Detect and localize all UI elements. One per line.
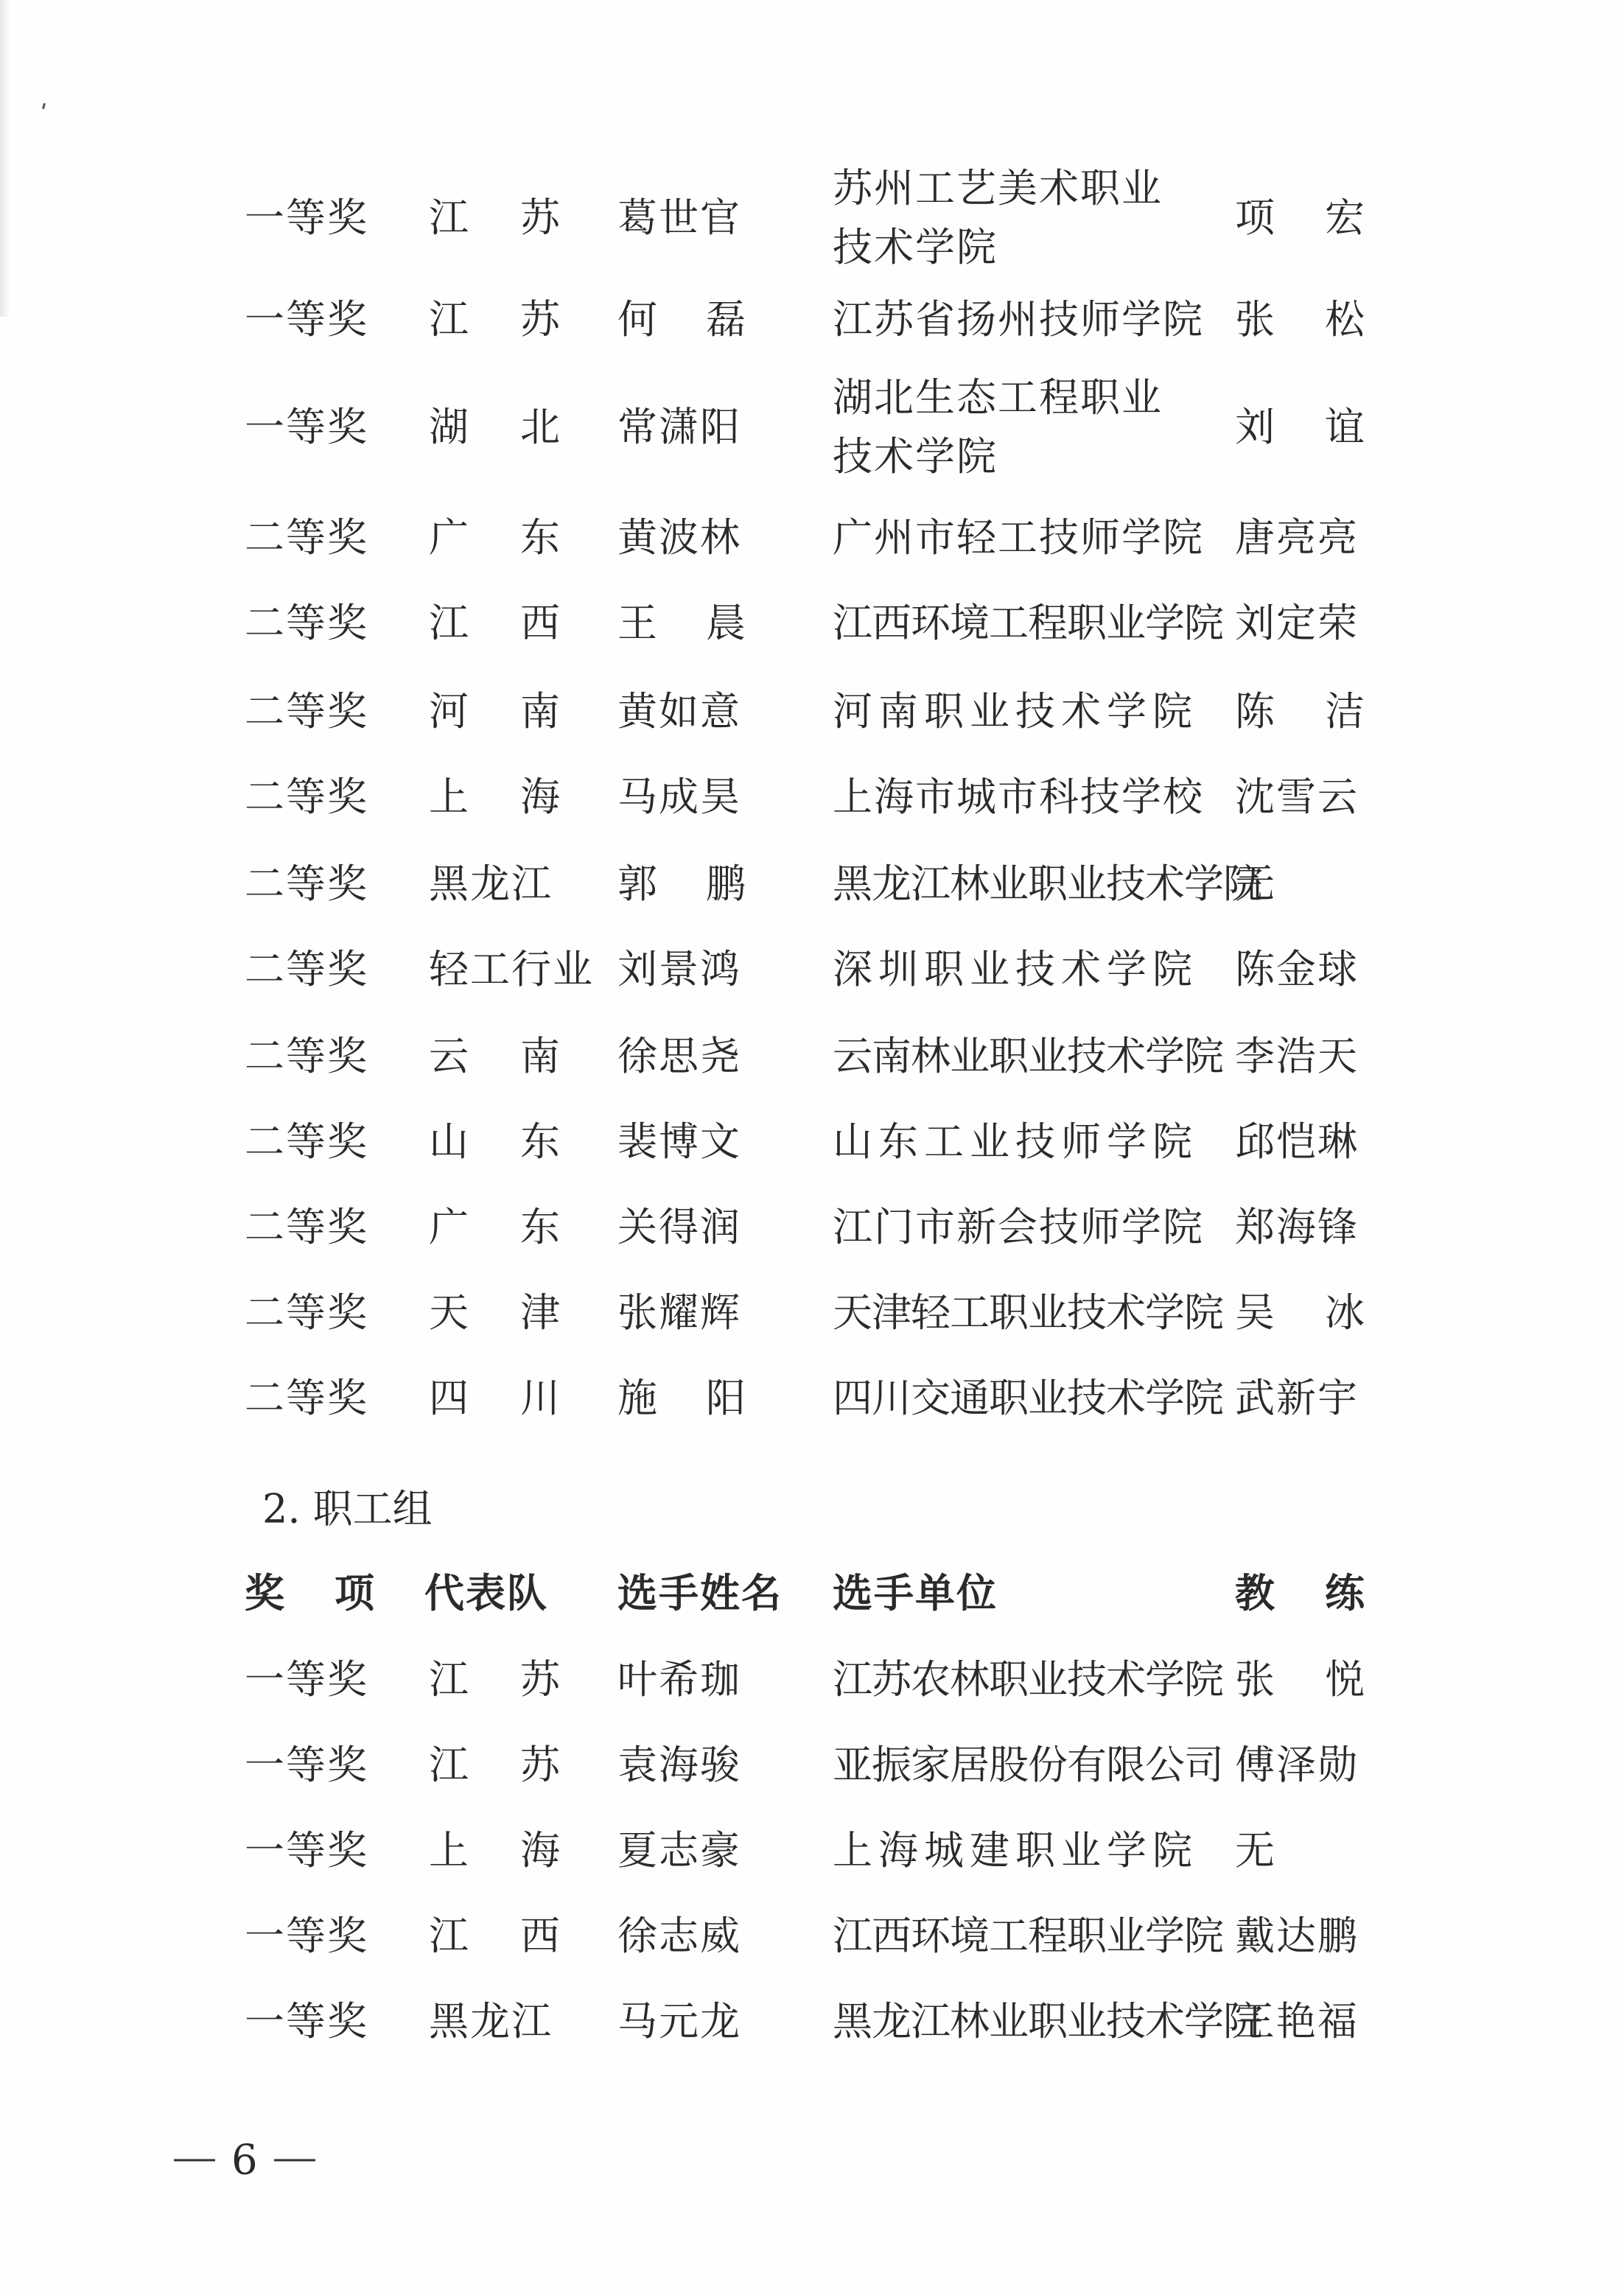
award-cell: 一等奖 [245,1914,376,1958]
athlete-name-cell: 夏志豪 [617,1829,747,1873]
unit-cell: 广州市轻工技师学院 [833,516,1204,560]
document-page: 一等奖江苏葛世官苏州工艺美术职业技术学院项宏一等奖江苏何磊江苏省扬州技师学院张松… [0,0,1624,2295]
coach-cell: 傅泽勋 [1235,1743,1366,1787]
award-cell: 二等奖 [245,1291,376,1335]
unit-cell: 云南林业职业技术学院 [833,1034,1223,1079]
team-cell: 上海 [429,775,561,819]
unit-cell: 江苏农林职业技术学院 [833,1658,1223,1702]
team-cell: 轻工行业 [429,947,561,992]
unit-cell-line2: 技术学院 [833,225,998,270]
coach-cell: 无 [1235,862,1366,906]
athlete-name-cell: 袁海骏 [617,1743,747,1787]
coach-cell: 刘谊 [1235,405,1366,449]
page-footer: 6 [174,2137,315,2184]
athlete-name-cell: 张耀辉 [617,1291,747,1335]
athlete-name-cell: 裴博文 [617,1120,747,1164]
award-cell: 一等奖 [245,405,376,449]
team-cell: 江苏 [429,298,561,342]
team-cell: 云南 [429,1034,561,1079]
section-title-staff-group: 2. 职工组 [262,1478,433,1535]
athlete-name-cell: 叶希珈 [617,1658,747,1702]
athlete-name-cell: 黄波林 [617,516,747,560]
team-cell: 江苏 [429,196,561,240]
header-coach: 教练 [1235,1571,1366,1615]
team-cell: 黑龙江 [429,2000,561,2044]
athlete-name-cell: 徐思尧 [617,1034,747,1079]
team-cell: 江西 [429,1914,561,1958]
footer-dash-right [274,2159,315,2162]
award-cell: 一等奖 [245,2000,376,2044]
footer-dash-left [174,2159,215,2162]
unit-cell: 山东工业技师学院 [833,1120,1198,1164]
unit-cell: 上海城建职业学院 [833,1829,1198,1873]
coach-cell: 陈洁 [1235,690,1366,734]
coach-cell: 郑海锋 [1235,1205,1366,1250]
award-cell: 一等奖 [245,1829,376,1873]
coach-cell: 吴冰 [1235,1291,1366,1335]
unit-cell: 河南职业技术学院 [833,690,1198,734]
coach-cell: 戴达鹏 [1235,1914,1366,1958]
athlete-name-cell: 黄如意 [617,690,747,734]
unit-cell: 江门市新会技师学院 [833,1205,1204,1250]
athlete-name-cell: 关得润 [617,1205,747,1250]
team-cell: 上海 [429,1829,561,1873]
coach-cell: 李浩天 [1235,1034,1366,1079]
unit-cell: 天津轻工职业技术学院 [833,1291,1223,1335]
team-cell: 山东 [429,1120,561,1164]
coach-cell: 张悦 [1235,1658,1366,1702]
award-cell: 一等奖 [245,1658,376,1702]
coach-cell: 无 [1235,1829,1366,1873]
award-cell: 二等奖 [245,1034,376,1079]
team-cell: 天津 [429,1291,561,1335]
unit-cell: 亚振家居股份有限公司 [833,1743,1223,1787]
header-team: 代表队 [424,1571,557,1615]
athlete-name-cell: 徐志威 [617,1914,747,1958]
athlete-name-cell: 王晨 [617,601,747,645]
award-cell: 一等奖 [245,1743,376,1787]
award-cell: 二等奖 [245,1205,376,1250]
header-name: 选手姓名 [617,1571,783,1615]
athlete-name-cell: 施阳 [617,1376,747,1420]
coach-cell: 张松 [1235,298,1366,342]
header-unit: 选手单位 [833,1571,998,1615]
athlete-name-cell: 郭鹏 [617,862,747,906]
unit-cell: 四川交通职业技术学院 [833,1376,1223,1420]
team-cell: 黑龙江 [429,862,561,906]
unit-cell-line1: 湖北生态工程职业 [833,376,1163,420]
team-cell: 河南 [429,690,561,734]
athlete-name-cell: 何磊 [617,298,747,342]
award-cell: 一等奖 [245,196,376,240]
team-cell: 江苏 [429,1743,561,1787]
coach-cell: 武新宇 [1235,1376,1366,1420]
unit-cell: 江西环境工程职业学院 [833,601,1223,645]
scan-speck [42,103,46,110]
coach-cell: 刘定荣 [1235,601,1366,645]
coach-cell: 邱恺琳 [1235,1120,1366,1164]
coach-cell: 王艳福 [1235,2000,1366,2044]
unit-cell: 江西环境工程职业学院 [833,1914,1223,1958]
unit-cell: 黑龙江林业职业技术学院 [833,2000,1262,2044]
team-cell: 湖北 [429,405,561,449]
award-cell: 二等奖 [245,947,376,992]
coach-cell: 陈金球 [1235,947,1366,992]
unit-cell: 上海市城市科技学校 [833,775,1204,819]
award-cell: 二等奖 [245,775,376,819]
coach-cell: 项宏 [1235,196,1366,240]
team-cell: 四川 [429,1376,561,1420]
coach-cell: 沈雪云 [1235,775,1366,819]
athlete-name-cell: 刘景鸿 [617,947,747,992]
award-cell: 二等奖 [245,516,376,560]
award-cell: 一等奖 [245,298,376,342]
coach-cell: 唐亮亮 [1235,516,1366,560]
team-cell: 江苏 [429,1658,561,1702]
unit-cell-line1: 苏州工艺美术职业 [833,167,1163,211]
team-cell: 广东 [429,1205,561,1250]
unit-cell: 江苏省扬州技师学院 [833,298,1204,342]
award-cell: 二等奖 [245,690,376,734]
team-cell: 江西 [429,601,561,645]
team-cell: 广东 [429,516,561,560]
athlete-name-cell: 马成昊 [617,775,747,819]
athlete-name-cell: 马元龙 [617,2000,747,2044]
athlete-name-cell: 常潇阳 [617,405,747,449]
award-cell: 二等奖 [245,601,376,645]
header-award: 奖项 [245,1571,376,1615]
athlete-name-cell: 葛世官 [617,196,747,240]
award-cell: 二等奖 [245,862,376,906]
unit-cell-line2: 技术学院 [833,435,998,479]
scan-edge-shadow [0,0,10,317]
unit-cell: 黑龙江林业职业技术学院 [833,862,1262,906]
award-cell: 二等奖 [245,1376,376,1420]
page-number: 6 [231,2137,258,2184]
unit-cell: 深圳职业技术学院 [833,947,1198,992]
award-cell: 二等奖 [245,1120,376,1164]
